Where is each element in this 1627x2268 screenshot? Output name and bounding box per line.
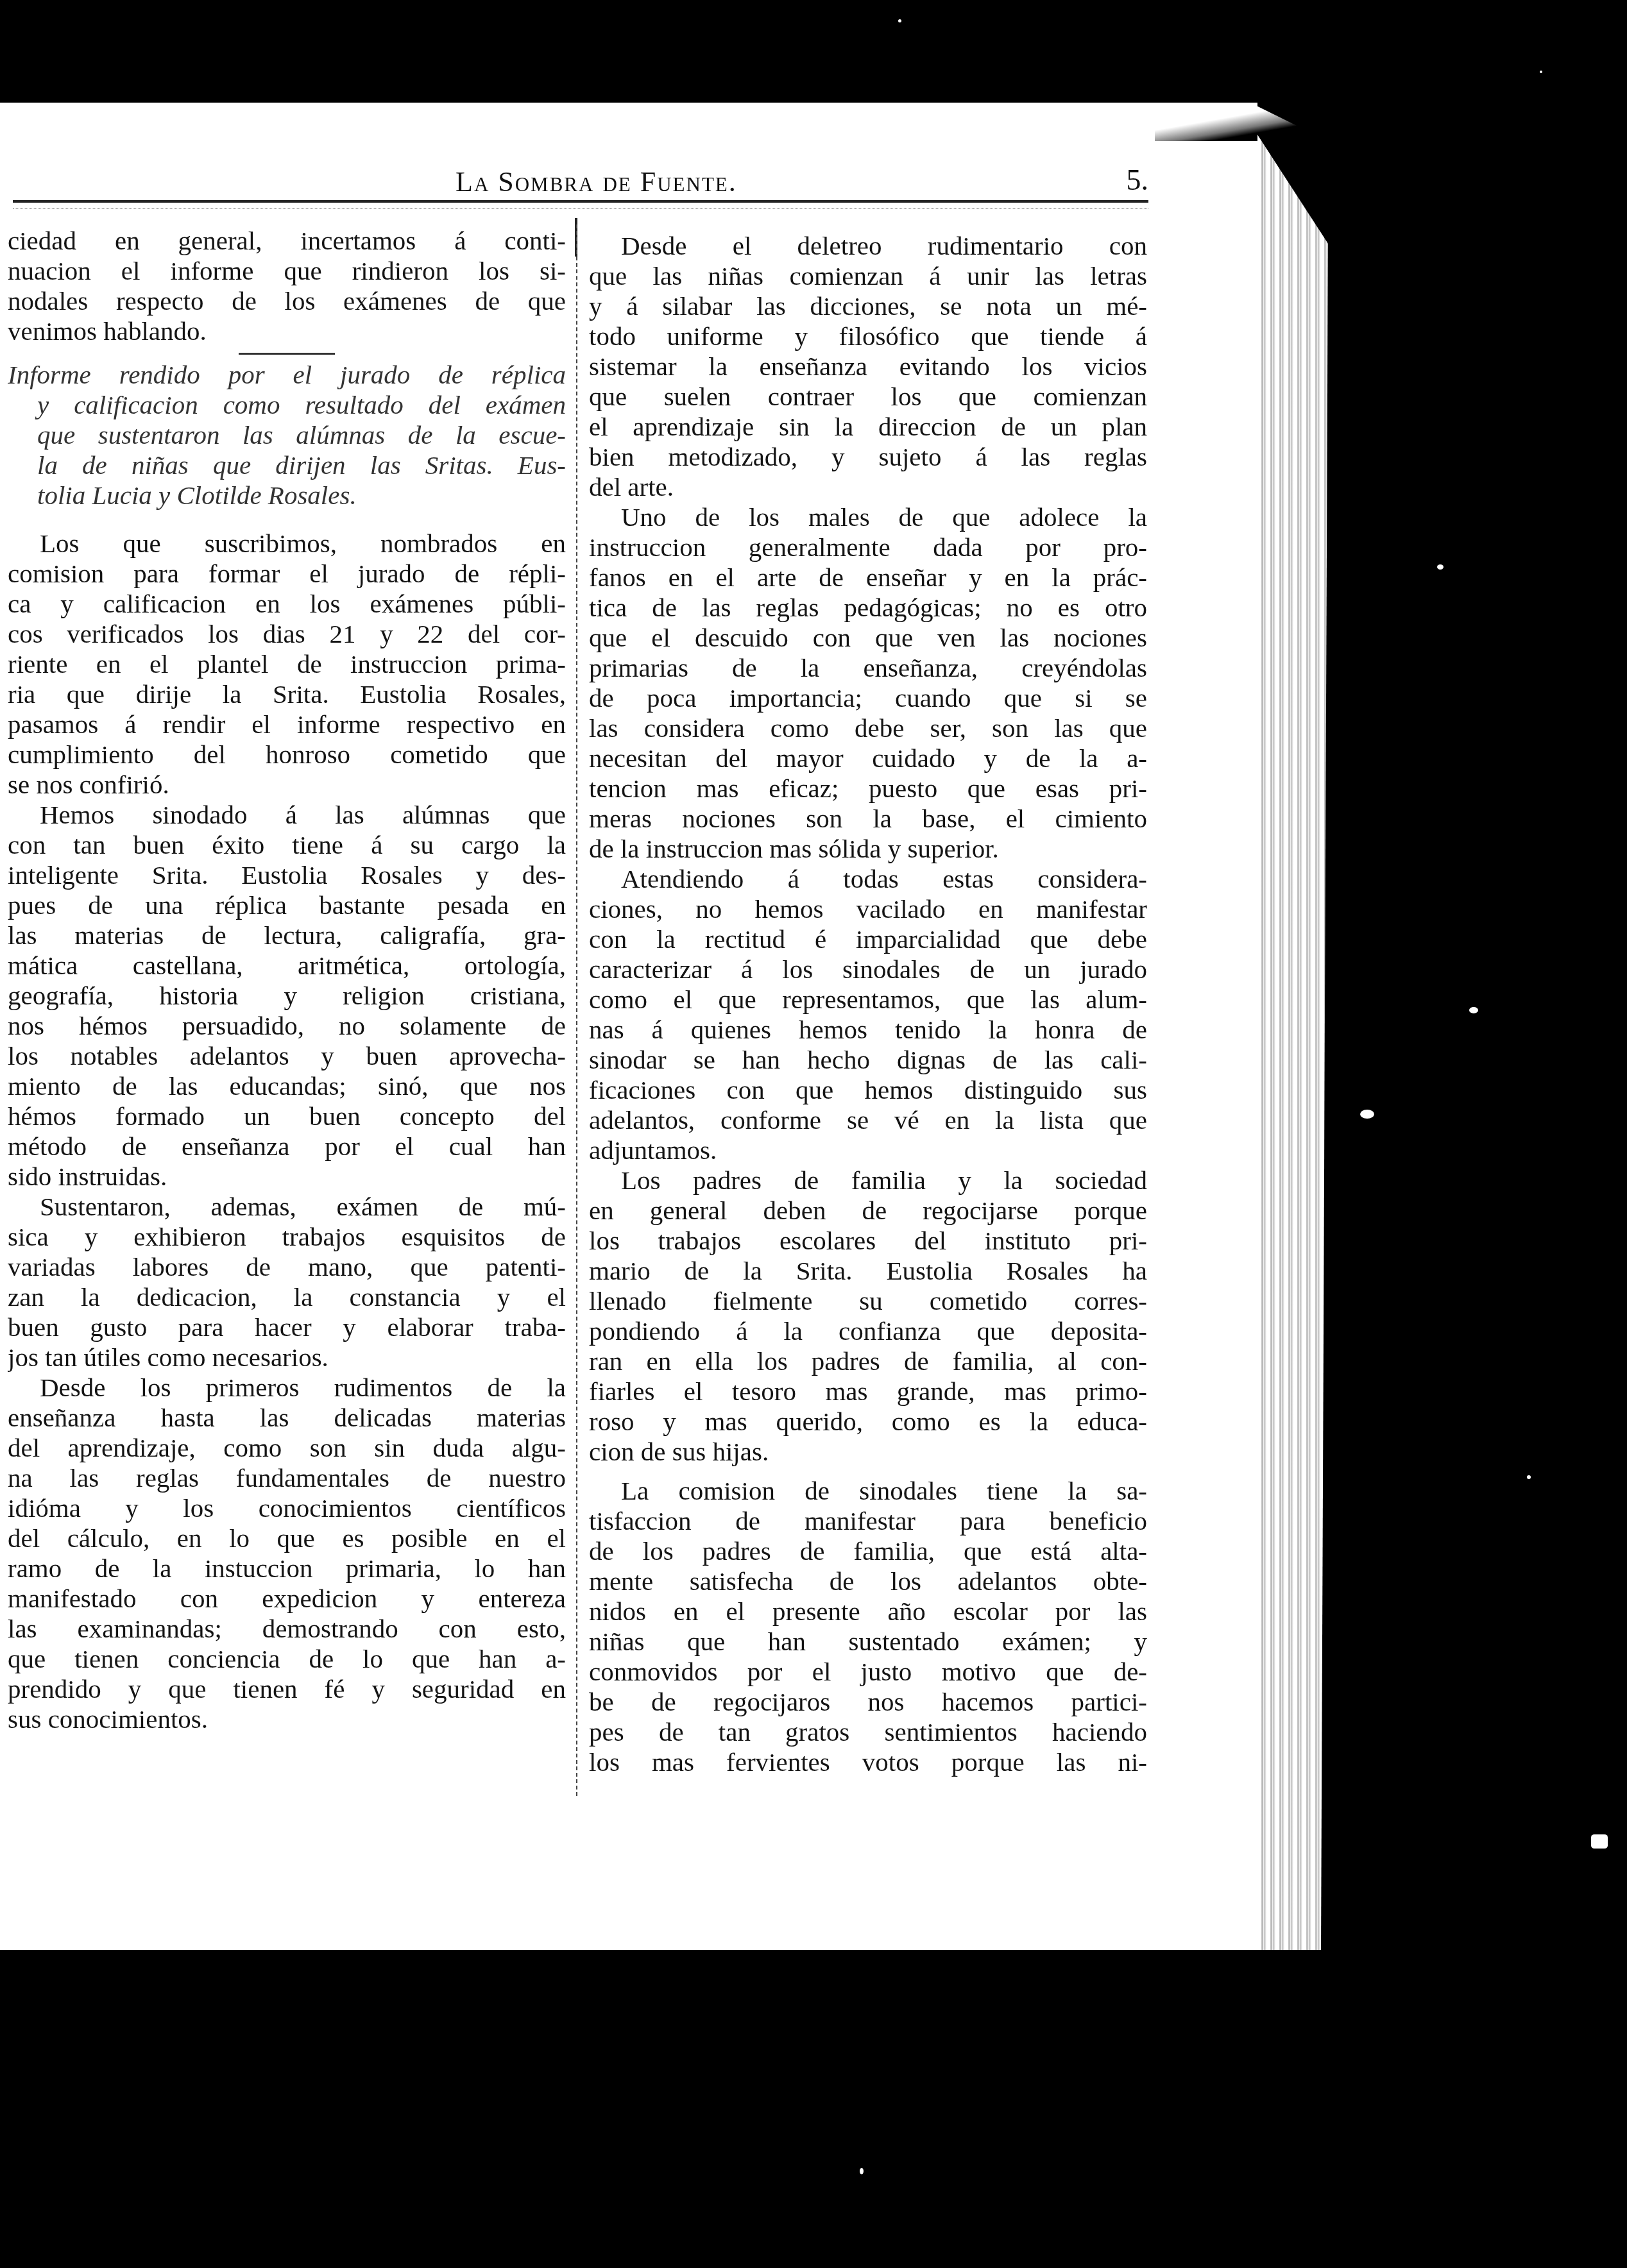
text-line: nodales respecto de los exámenes de que: [8, 286, 566, 316]
text-line: llenado fielmente su cometido corres-: [589, 1286, 1147, 1316]
text-line: fanos en el arte de enseñar y en la prác…: [589, 563, 1147, 593]
text-line: nos hémos persuadido, no solamente de: [8, 1011, 566, 1041]
text-line: zan la dedicacion, la constancia y el: [8, 1282, 566, 1312]
text-line: riente en el plantel de instruccion prim…: [8, 649, 566, 679]
text-line: La comision de sinodales tiene la sa-: [589, 1476, 1147, 1506]
text-line: sica y exhibieron trabajos esquisitos de: [8, 1222, 566, 1252]
text-line: variadas labores de mano, que patenti-: [8, 1252, 566, 1282]
text-line: sus conocimientos.: [8, 1704, 566, 1734]
text-line: pondiendo á la confianza que deposita-: [589, 1316, 1147, 1346]
text-line: mente satisfecha de los adelantos obte-: [589, 1566, 1147, 1596]
text-line: caracterizar á los sinodales de un jurad…: [589, 954, 1147, 985]
text-line: adelantos, conforme se vé en la lista qu…: [589, 1105, 1147, 1135]
text-line: manifestado con expedicion y entereza: [8, 1584, 566, 1614]
text-line: que tienen conciencia de lo que han a-: [8, 1644, 566, 1674]
text-line: ciedad en general, incertamos á conti-: [8, 226, 566, 256]
spacer: [589, 1467, 1147, 1476]
paragraph-la-comision: La comision de sinodales tiene la sa- ti…: [589, 1476, 1147, 1777]
text-line: de poca importancia; cuando que si se: [589, 683, 1147, 713]
text-line: idióma y los conocimientos científicos: [8, 1493, 566, 1523]
text-line: mario de la Srita. Eustolia Rosales ha: [589, 1256, 1147, 1286]
page-stack-top-edge: [1155, 103, 1328, 141]
scan-speck: [1437, 564, 1444, 570]
text-line: se nos confirió.: [8, 770, 566, 800]
text-line: conmovidos por el justo motivo que de-: [589, 1657, 1147, 1687]
paragraph-los-que-suscribimos: Los que suscribimos, nombrados en comisi…: [8, 529, 566, 800]
text-line: mática castellana, aritmética, ortología…: [8, 951, 566, 981]
text-line: del arte.: [589, 472, 1147, 502]
text-line: del cálculo, en lo que es posible en el: [8, 1523, 566, 1553]
paragraph-hemos-sinodado: Hemos sinodado á las alúmnas que con tan…: [8, 800, 566, 1192]
text-line: venimos hablando.: [8, 316, 566, 346]
text-line: sistemar la enseñanza evitando los vicio…: [589, 351, 1147, 382]
paragraph-desde-el-deletreo: Desde el deletreo rudimentario con que l…: [589, 231, 1147, 502]
text-line: Sustentaron, ademas, exámen de mú-: [8, 1192, 566, 1222]
column-divider: [576, 224, 577, 1796]
text-line: jos tan útiles como necesarios.: [8, 1342, 566, 1373]
text-line: ca y calificacion en los exámenes públi-: [8, 589, 566, 619]
text-line: necesitan del mayor cuidado y de la a-: [589, 743, 1147, 774]
text-line: meras nociones son la base, el cimiento: [589, 804, 1147, 834]
heading-line: Informe rendido por el jurado de réplica: [8, 360, 566, 390]
text-line: fiarles el tesoro mas grande, mas primo-: [589, 1376, 1147, 1407]
header-rule: [13, 200, 1148, 209]
text-line: tisfaccion de manifestar para beneficio: [589, 1506, 1147, 1536]
paragraph-atendiendo: Atendiendo á todas estas considera- cion…: [589, 864, 1147, 1165]
page-number: 5.: [1127, 163, 1149, 197]
text-line: bien metodizado, y sujeto á las reglas: [589, 442, 1147, 472]
text-line: nuacion el informe que rindieron los si-: [8, 256, 566, 286]
text-line: ciones, no hemos vacilado en manifestar: [589, 894, 1147, 924]
scan-speck: [1360, 1110, 1374, 1119]
text-line: que suelen contraer los que comienzan: [589, 382, 1147, 412]
text-line: tica de las reglas pedagógicas; no es ot…: [589, 593, 1147, 623]
text-line: be de regocijaros nos hacemos partici-: [589, 1687, 1147, 1717]
paragraph-los-padres: Los padres de familia y la sociedad en g…: [589, 1165, 1147, 1467]
text-line: niñas que han sustentado exámen; y: [589, 1627, 1147, 1657]
paragraph-sustentaron: Sustentaron, ademas, exámen de mú- sica …: [8, 1192, 566, 1373]
text-line: Atendiendo á todas estas considera-: [589, 864, 1147, 894]
text-line: prendido y que tienen fé y seguridad en: [8, 1674, 566, 1704]
report-heading: Informe rendido por el jurado de réplica…: [8, 360, 566, 511]
text-line: con la rectitud é imparcialidad que debe: [589, 924, 1147, 954]
text-line: instruccion generalmente dada por pro-: [589, 532, 1147, 563]
text-line: Hemos sinodado á las alúmnas que: [8, 800, 566, 830]
text-line: cos verificados los dias 21 y 22 del cor…: [8, 619, 566, 649]
text-line: Uno de los males de que adolece la: [589, 502, 1147, 532]
page-stack-fore-edge: [1257, 135, 1328, 1950]
paragraph-intro: ciedad en general, incertamos á conti- n…: [8, 226, 566, 346]
text-line: todo uniforme y filosófico que tiende á: [589, 321, 1147, 351]
text-line: inteligente Srita. Eustolia Rosales y de…: [8, 860, 566, 890]
text-line: Desde el deletreo rudimentario con: [589, 231, 1147, 261]
paragraph-desde-los-primeros: Desde los primeros rudimentos de la ense…: [8, 1373, 566, 1734]
text-line: ran en ella los padres de familia, al co…: [589, 1346, 1147, 1376]
text-line: tencion mas eficaz; puesto que esas pri-: [589, 774, 1147, 804]
scan-speck: [1540, 71, 1542, 73]
text-line: de la instruccion mas sólida y superior.: [589, 834, 1147, 864]
text-line: que las niñas comienzan á unir las letra…: [589, 261, 1147, 291]
text-line: Desde los primeros rudimentos de la: [8, 1373, 566, 1403]
text-line: en general deben de regocijarse porque: [589, 1196, 1147, 1226]
right-column: Desde el deletreo rudimentario con que l…: [589, 231, 1147, 1777]
text-line: ramo de la instuccion primaria, lo han: [8, 1553, 566, 1584]
text-line: método de enseñanza por el cual han: [8, 1131, 566, 1162]
text-line: nas á quienes hemos tenido la honra de: [589, 1015, 1147, 1045]
section-separator-rule: [239, 353, 335, 355]
scan-speck: [860, 2168, 864, 2174]
text-line: pes de tan gratos sentimientos haciendo: [589, 1717, 1147, 1747]
scan-speck: [898, 19, 901, 22]
text-line: del aprendizaje, como son sin duda algu-: [8, 1433, 566, 1463]
text-line: pasamos á rendir el informe respectivo e…: [8, 709, 566, 740]
running-head: La Sombra de Fuente. 5.: [13, 160, 1148, 199]
left-column: ciedad en general, incertamos á conti- n…: [8, 226, 566, 1734]
text-line: las materias de lectura, caligrafía, gra…: [8, 920, 566, 951]
text-line: ria que dirije la Srita. Eustolia Rosale…: [8, 679, 566, 709]
heading-line: la de niñas que dirijen las Sritas. Eus-: [8, 450, 566, 480]
text-line: roso y mas querido, como es la educa-: [589, 1407, 1147, 1437]
text-line: los notables adelantos y buen aprovecha-: [8, 1041, 566, 1071]
text-line: y á silabar las dicciones, se nota un mé…: [589, 291, 1147, 321]
text-line: con tan buen éxito tiene á su cargo la: [8, 830, 566, 860]
text-line: las examinandas; demostrando con esto,: [8, 1614, 566, 1644]
scan-speck: [1469, 1007, 1478, 1013]
text-line: los trabajos escolares del instituto pri…: [589, 1226, 1147, 1256]
heading-line: tolia Lucia y Clotilde Rosales.: [8, 480, 566, 511]
text-line: buen gusto para hacer y elaborar traba-: [8, 1312, 566, 1342]
scan-speck: [1591, 1834, 1608, 1849]
text-line: cion de sus hijas.: [589, 1437, 1147, 1467]
text-line: adjuntamos.: [589, 1135, 1147, 1165]
text-line: primarias de la enseñanza, creyéndolas: [589, 653, 1147, 683]
text-line: enseñanza hasta las delicadas materias: [8, 1403, 566, 1433]
text-line: Los padres de familia y la sociedad: [589, 1165, 1147, 1196]
text-line: de los padres de familia, que está alta-: [589, 1536, 1147, 1566]
text-line: hémos formado un buen concepto del: [8, 1101, 566, 1131]
heading-line: que sustentaron las alúmnas de la escue-: [8, 420, 566, 450]
text-line: comision para formar el jurado de répli-: [8, 559, 566, 589]
text-line: los mas fervientes votos porque las ni-: [589, 1747, 1147, 1777]
text-line: na las reglas fundamentales de nuestro: [8, 1463, 566, 1493]
text-line: Los que suscribimos, nombrados en: [8, 529, 566, 559]
text-line: sinodar se han hecho dignas de las cali-: [589, 1045, 1147, 1075]
text-line: ficaciones con que hemos distinguido sus: [589, 1075, 1147, 1105]
publication-title: La Sombra de Fuente.: [456, 165, 737, 198]
text-line: pues de una réplica bastante pesada en: [8, 890, 566, 920]
text-line: cumplimiento del honroso cometido que: [8, 740, 566, 770]
text-line: geografía, historia y religion cristiana…: [8, 981, 566, 1011]
text-line: miento de las educandas; sinó, que nos: [8, 1071, 566, 1101]
paragraph-uno-de-los-males: Uno de los males de que adolece la instr…: [589, 502, 1147, 864]
scan-speck: [1527, 1475, 1531, 1479]
heading-line: y calificacion como resultado del exámen: [8, 390, 566, 420]
text-line: el aprendizaje sin la direccion de un pl…: [589, 412, 1147, 442]
text-line: las considera como debe ser, son las que: [589, 713, 1147, 743]
text-line: nidos en el presente año escolar por las: [589, 1596, 1147, 1627]
text-line: que el descuido con que ven las nociones: [589, 623, 1147, 653]
spacer: [8, 511, 566, 529]
text-line: sido instruidas.: [8, 1162, 566, 1192]
text-line: como el que representamos, que las alum-: [589, 985, 1147, 1015]
